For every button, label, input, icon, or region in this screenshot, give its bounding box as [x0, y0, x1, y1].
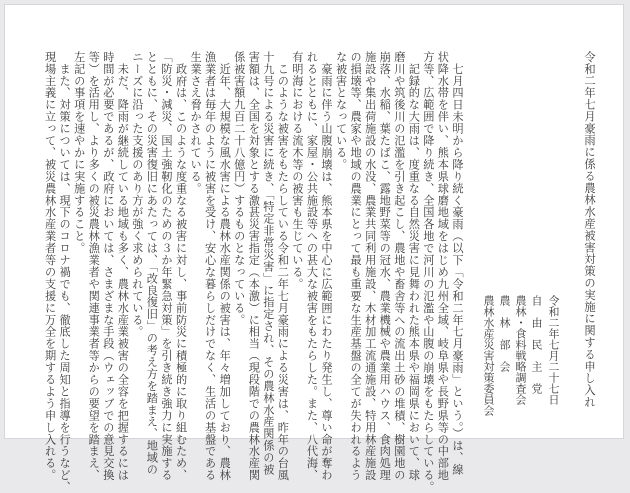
body-line: 七月四日未明から降り続く豪雨（以下「令和二年七月豪雨」という。）は、線 [452, 51, 463, 445]
body-line: また、対策については、現下のコロナ禍でも、徹底した周知と指導を行うなど、 [59, 51, 70, 445]
body-line: 記録的な大雨は、度重なる自然災害に見舞われた熊本県や福岡県において、球 [408, 51, 419, 445]
body-line: の損壊等、農家や地域の農業にとって最も重要な生産基盤の全てが失われるよう [350, 51, 361, 445]
document-page: 令和二年七月豪雨に係る農林水産被害対策の実施に関する申し入れ 令和二年七月二十七… [4, 4, 624, 439]
body-line: 係被害額九百二十八億円）するものとなっている。 [234, 51, 245, 326]
body-line: ニーズに沿った支援のあり方が強く求められている。 [132, 51, 143, 338]
body-line: 有明海における流木等の被害も生じている。 [292, 51, 303, 290]
body-line: 豪雨に伴う山腹崩壊は、熊本県を中心に広範囲にわたり発生し、尊い命が奪わ [321, 51, 332, 445]
body-line: 等）を活用し、より多くの被災農林漁業者や関連事業者等からの要望を踏まえ、 [88, 51, 99, 445]
body-line: な被害となっている。 [335, 51, 346, 171]
signatory-research-council: 農林・食料戦略調査会 [515, 295, 526, 405]
body-line: 崩落、水稲、葉たばこ、露地野菜等の冠水、農業機械や農業用ハウス、食肉処理 [379, 51, 390, 445]
body-line: 十九号による災害に続き、「特定非常災害」に指定され、その農林水産関係の被 [263, 51, 274, 445]
body-line: 生業さえ脅かされている。 [190, 51, 201, 194]
body-line: 未だ、降雨が継続している地域も多く、農林水産業被害の全容を把握するには [117, 51, 128, 445]
body-line: 害額は、全国を対象とする激甚災害指定（本激）に相当（現段階での農林水産関 [248, 51, 259, 445]
body-line: 磨川や筑後川の氾濫を引き起こし、農地や畜舎等への流出土砂の堆積、樹園地の [394, 51, 405, 445]
body-line: 施設や集出荷施設の水没、農業共同利用施設、木材加工流通施設、特用林産施設 [365, 51, 376, 445]
body-line: 近年、大規模な風水害による農林水産関係の被害は、年々増加しており、農林 [219, 51, 230, 445]
body-line: このような被害をもたらしている令和二年七月豪雨による災害は、昨年の台風 [277, 51, 288, 445]
body-line: 状降水帯を伴い、熊本県球磨地域をはじめ九州全域、岐阜県や長野県等の中部地 [437, 51, 448, 445]
signatory-division: 農 林 部 会 [499, 295, 510, 372]
signatory-party: 自 由 民 主 党 [531, 295, 542, 394]
body-line: 「防災・減災、国土強靭化のための３か年緊急対策」を引き続き強力に実施する [161, 51, 172, 445]
body-line: れるとともに、家屋・公共施設等への甚大な被害をもたらした。また、八代海、 [306, 51, 317, 445]
body-line: とともに、その災害復旧にあたっては、「改良復旧」の考え方を踏まえ、地域の [146, 51, 157, 445]
document-title: 令和二年七月豪雨に係る農林水産被害対策の実施に関する申し入れ [584, 51, 595, 408]
body-line: 左記の事項を速やかに実施すること。 [74, 51, 85, 254]
body-line: 時間が必要であるが、政府においては、さまざまな手段（ウェッブでの意見交換 [103, 51, 114, 445]
body-line: 政府は、このような度重なる被害に対し、事前防災に積極的に取り組むため、 [175, 51, 186, 445]
body-line: 方等、広範囲で降り続き、全国各地で河川の氾濫や山腹の崩壊をもたらしている。 [423, 51, 434, 445]
body-line: 漁業者は毎年のように被害を受け、安心な暮らしだけでなく、生活の基盤である [204, 51, 215, 445]
body-line: 現場主義に立って、被災農林水産業者等の支援に万全を期するよう申し入れる。 [44, 51, 55, 445]
document-date: 令和二年七月二十七日 [548, 295, 559, 405]
signatory-committee: 農林水産災害対策委員会 [483, 295, 494, 416]
